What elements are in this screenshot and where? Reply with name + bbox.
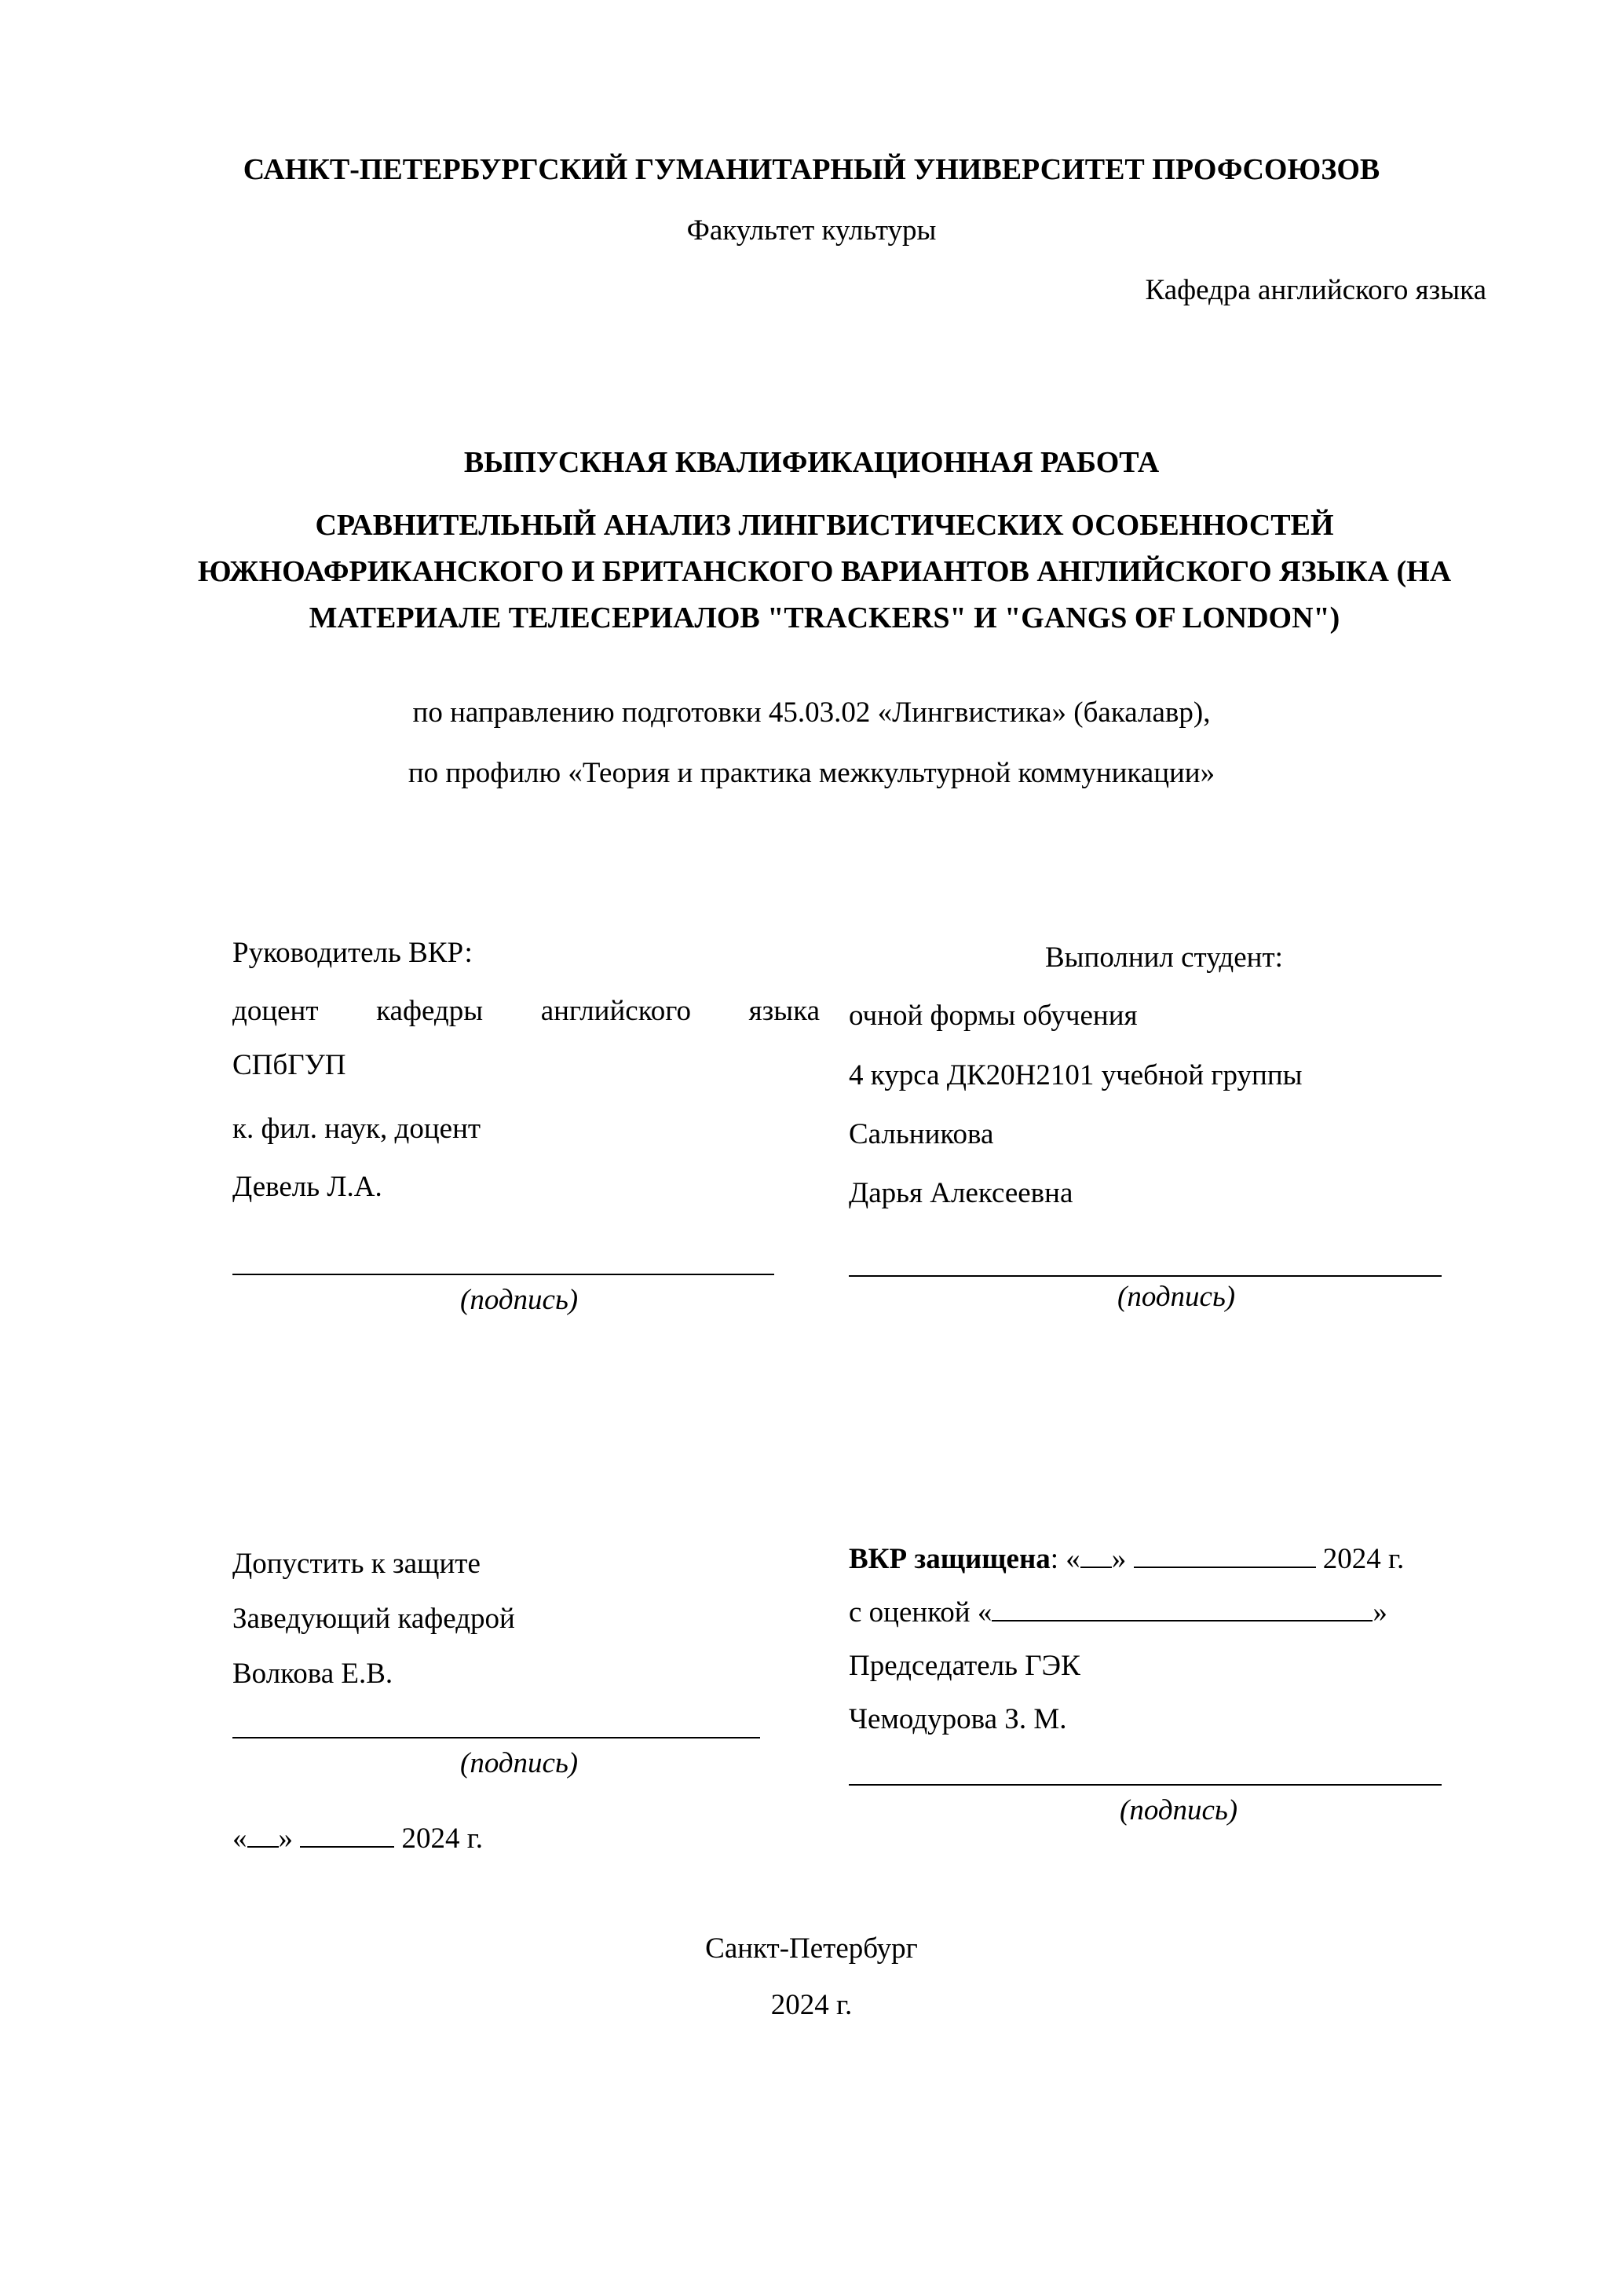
faculty-name: Факультет культуры xyxy=(0,214,1623,247)
gek-signature-caption: (подпись) xyxy=(1120,1793,1237,1827)
student-signature-line[interactable] xyxy=(849,1275,1442,1277)
defense-colon: : « xyxy=(1051,1543,1080,1575)
student-label: Выполнил студент: xyxy=(1045,941,1283,974)
supervisor-label: Руководитель ВКР: xyxy=(232,936,473,970)
date-open-quote: « xyxy=(232,1823,247,1855)
position-word: доцент xyxy=(232,994,319,1028)
supervisor-degree: к. фил. наук, доцент xyxy=(232,1112,481,1146)
university-name: САНКТ-ПЕТЕРБУРГСКИЙ ГУМАНИТАРНЫЙ УНИВЕРС… xyxy=(0,152,1623,187)
student-signature-caption: (подпись) xyxy=(1117,1280,1235,1314)
gek-chair-name: Чемодурова З. М. xyxy=(849,1702,1066,1736)
admission-signature-line[interactable] xyxy=(232,1737,760,1738)
grade-suffix: » xyxy=(1373,1596,1387,1629)
work-title: СРАВНИТЕЛЬНЫЙ АНАЛИЗ ЛИНГВИСТИЧЕСКИХ ОСО… xyxy=(196,503,1453,642)
head-of-department-role: Заведующий кафедрой xyxy=(232,1602,515,1636)
admission-signature-caption: (подпись) xyxy=(460,1746,578,1780)
city: Санкт-Петербург xyxy=(0,1932,1623,1965)
month-blank[interactable] xyxy=(300,1823,394,1848)
date-close-quote: » xyxy=(279,1823,294,1855)
supervisor-position: доцент кафедры английского языка xyxy=(232,994,820,1028)
position-word: кафедры xyxy=(376,994,483,1028)
admission-label: Допустить к защите xyxy=(232,1547,481,1581)
defense-year: 2024 г. xyxy=(1323,1543,1405,1575)
supervisor-signature-line[interactable] xyxy=(232,1274,774,1275)
date-close-quote: » xyxy=(1112,1543,1127,1575)
gek-chair-role: Председатель ГЭК xyxy=(849,1649,1080,1683)
position-word: языка xyxy=(749,994,820,1028)
month-blank[interactable] xyxy=(1134,1543,1316,1568)
day-blank[interactable] xyxy=(247,1823,279,1848)
student-study-form: очной формы обучения xyxy=(849,999,1138,1033)
student-surname: Сальникова xyxy=(849,1117,993,1151)
student-group: 4 курса ДК20Н2101 учебной группы xyxy=(849,1058,1303,1092)
work-type: ВЫПУСКНАЯ КВАЛИФИКАЦИОННАЯ РАБОТА xyxy=(0,445,1623,480)
year: 2024 г. xyxy=(0,1988,1623,2022)
supervisor-signature-caption: (подпись) xyxy=(460,1283,578,1317)
study-profile: по профилю «Теория и практика межкультур… xyxy=(0,756,1623,790)
defense-date-row: ВКР защищена: «» 2024 г. xyxy=(849,1542,1404,1576)
gek-signature-line[interactable] xyxy=(849,1784,1442,1786)
grade-blank[interactable] xyxy=(992,1596,1373,1621)
defense-label: ВКР защищена xyxy=(849,1543,1051,1575)
supervisor-name: Девель Л.А. xyxy=(232,1170,382,1204)
grade-prefix: с оценкой « xyxy=(849,1596,992,1629)
admission-date: «» 2024 г. xyxy=(232,1822,483,1855)
day-blank[interactable] xyxy=(1080,1543,1112,1568)
student-name: Дарья Алексеевна xyxy=(849,1176,1073,1210)
head-of-department-name: Волкова Е.В. xyxy=(232,1657,393,1691)
department-name: Кафедра английского языка xyxy=(1146,273,1486,307)
supervisor-organization: СПбГУП xyxy=(232,1048,346,1082)
position-word: английского xyxy=(541,994,691,1028)
grade-row: с оценкой «» xyxy=(849,1596,1387,1629)
study-direction: по направлению подготовки 45.03.02 «Линг… xyxy=(0,696,1623,729)
date-year: 2024 г. xyxy=(402,1823,484,1855)
